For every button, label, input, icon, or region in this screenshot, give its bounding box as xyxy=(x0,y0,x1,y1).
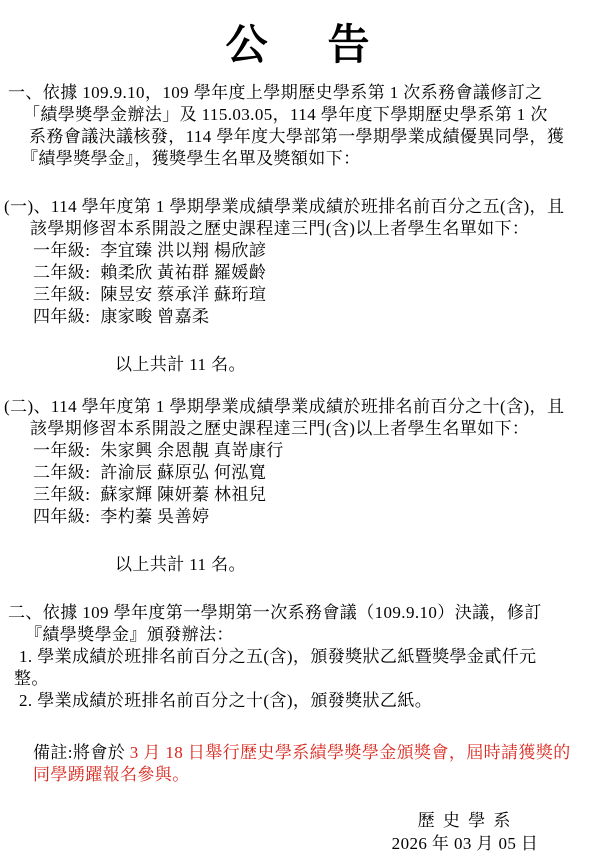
section-top-ten-percent: (二)、114 學年度第 1 學期學業成績學業成績於班排名前百分之十(含)，且 … xyxy=(8,396,596,576)
rules-line-2: 『績學獎學金』頒發辦法： xyxy=(25,624,596,646)
section-top-five-percent: (一)、114 學年度第 1 學期學業成績學業成績於班排名前百分之五(含)，且 … xyxy=(8,196,596,376)
section1-heading-line-1: (一)、114 學年度第 1 學期學業成績學業成績於班排名前百分之五(含)，且 xyxy=(4,196,596,218)
announcement-document: 公 告 一、依據 109.9.10，109 學年度上學期歷史學系第 1 次系務會… xyxy=(0,0,606,861)
grade-names: 李杓蓁 吳善婷 xyxy=(100,507,209,526)
section2-heading-line-1: (二)、114 學年度第 1 學期學業成績學業成績於班排名前百分之十(含)，且 xyxy=(4,396,596,418)
remark-prefix: 備註:將會於 xyxy=(33,743,125,762)
grade-names: 賴柔欣 黃祐群 羅媛齡 xyxy=(100,263,266,282)
remark-note: 備註:將會於 3 月 18 日舉行歷史學系績學獎學金頒獎會，屆時請獲獎的同學踴躍… xyxy=(33,742,583,786)
section1-grade-row-year4: 四年級:康家畯 曾嘉柔 xyxy=(33,306,596,328)
section1-total-count: 以上共計 11 名。 xyxy=(115,354,596,376)
grade-label: 二年級: xyxy=(33,463,90,482)
grade-names: 陳昱安 蔡承洋 蘇珩瑄 xyxy=(100,285,266,304)
rules-line-4: 整。 xyxy=(14,668,596,690)
intro-line-4: 『績學獎學金』，獲獎學生名單及獎額如下： xyxy=(21,148,596,170)
section1-heading-line-2: 該學期修習本系開設之歷史課程達三門(含)以上者學生名單如下： xyxy=(30,218,596,240)
intro-line-3: 系務會議決議核發，114 學年度大學部第一學期學業成績優異同學，獲 xyxy=(29,126,596,148)
intro-paragraph: 一、依據 109.9.10，109 學年度上學期歷史學系第 1 次系務會議修訂之… xyxy=(8,82,596,170)
intro-line-1: 一、依據 109.9.10，109 學年度上學期歷史學系第 1 次系務會議修訂之 xyxy=(8,82,596,104)
intro-line-2: 「績學獎學金辦法」及 115.03.05，114 學年度下學期歷史學系第 1 次 xyxy=(23,104,596,126)
grade-names: 蘇家輝 陳妍蓁 林祖兒 xyxy=(100,485,266,504)
grade-label: 三年級: xyxy=(33,485,90,504)
grade-names: 朱家興 余恩靚 真嵜康行 xyxy=(100,441,283,460)
grade-label: 四年級: xyxy=(33,507,90,526)
rules-line-1: 二、依據 109 學年度第一學期第一次系務會議（109.9.10）決議，修訂 xyxy=(8,602,596,624)
signature-department: 歷 史 學 系 xyxy=(380,810,550,832)
rules-line-3: 1. 學業成績於班排名前百分之五(含)，頒發獎狀乙紙暨獎學金貳仟元 xyxy=(19,646,596,668)
rules-paragraph: 二、依據 109 學年度第一學期第一次系務會議（109.9.10）決議，修訂 『… xyxy=(8,602,596,712)
section2-grade-row-year2: 二年級:許渝辰 蘇原弘 何泓寬 xyxy=(33,462,596,484)
signature-block: 歷 史 學 系 2026 年 03 月 05 日 xyxy=(380,810,550,856)
grade-names: 許渝辰 蘇原弘 何泓寬 xyxy=(100,463,266,482)
rules-line-5: 2. 學業成績於班排名前百分之十(含)，頒發獎狀乙紙。 xyxy=(19,690,596,712)
section1-grade-row-year2: 二年級:賴柔欣 黃祐群 羅媛齡 xyxy=(33,262,596,284)
section2-grade-row-year3: 三年級:蘇家輝 陳妍蓁 林祖兒 xyxy=(33,484,596,506)
page-title: 公 告 xyxy=(8,22,596,70)
grade-label: 一年級: xyxy=(33,241,90,260)
section2-total-count: 以上共計 11 名。 xyxy=(115,554,596,576)
grade-label: 二年級: xyxy=(33,263,90,282)
section2-grade-row-year4: 四年級:李杓蓁 吳善婷 xyxy=(33,506,596,528)
grade-label: 四年級: xyxy=(33,307,90,326)
grade-label: 三年級: xyxy=(33,285,90,304)
grade-names: 李宜臻 洪以翔 楊欣諺 xyxy=(100,241,266,260)
section2-heading-line-2: 該學期修習本系開設之歷史課程達三門(含)以上者學生名單如下： xyxy=(30,418,596,440)
section2-grade-row-year1: 一年級:朱家興 余恩靚 真嵜康行 xyxy=(33,440,596,462)
grade-names: 康家畯 曾嘉柔 xyxy=(100,307,209,326)
grade-label: 一年級: xyxy=(33,441,90,460)
section1-grade-row-year1: 一年級:李宜臻 洪以翔 楊欣諺 xyxy=(33,240,596,262)
signature-date: 2026 年 03 月 05 日 xyxy=(380,832,550,856)
section1-grade-row-year3: 三年級:陳昱安 蔡承洋 蘇珩瑄 xyxy=(33,284,596,306)
